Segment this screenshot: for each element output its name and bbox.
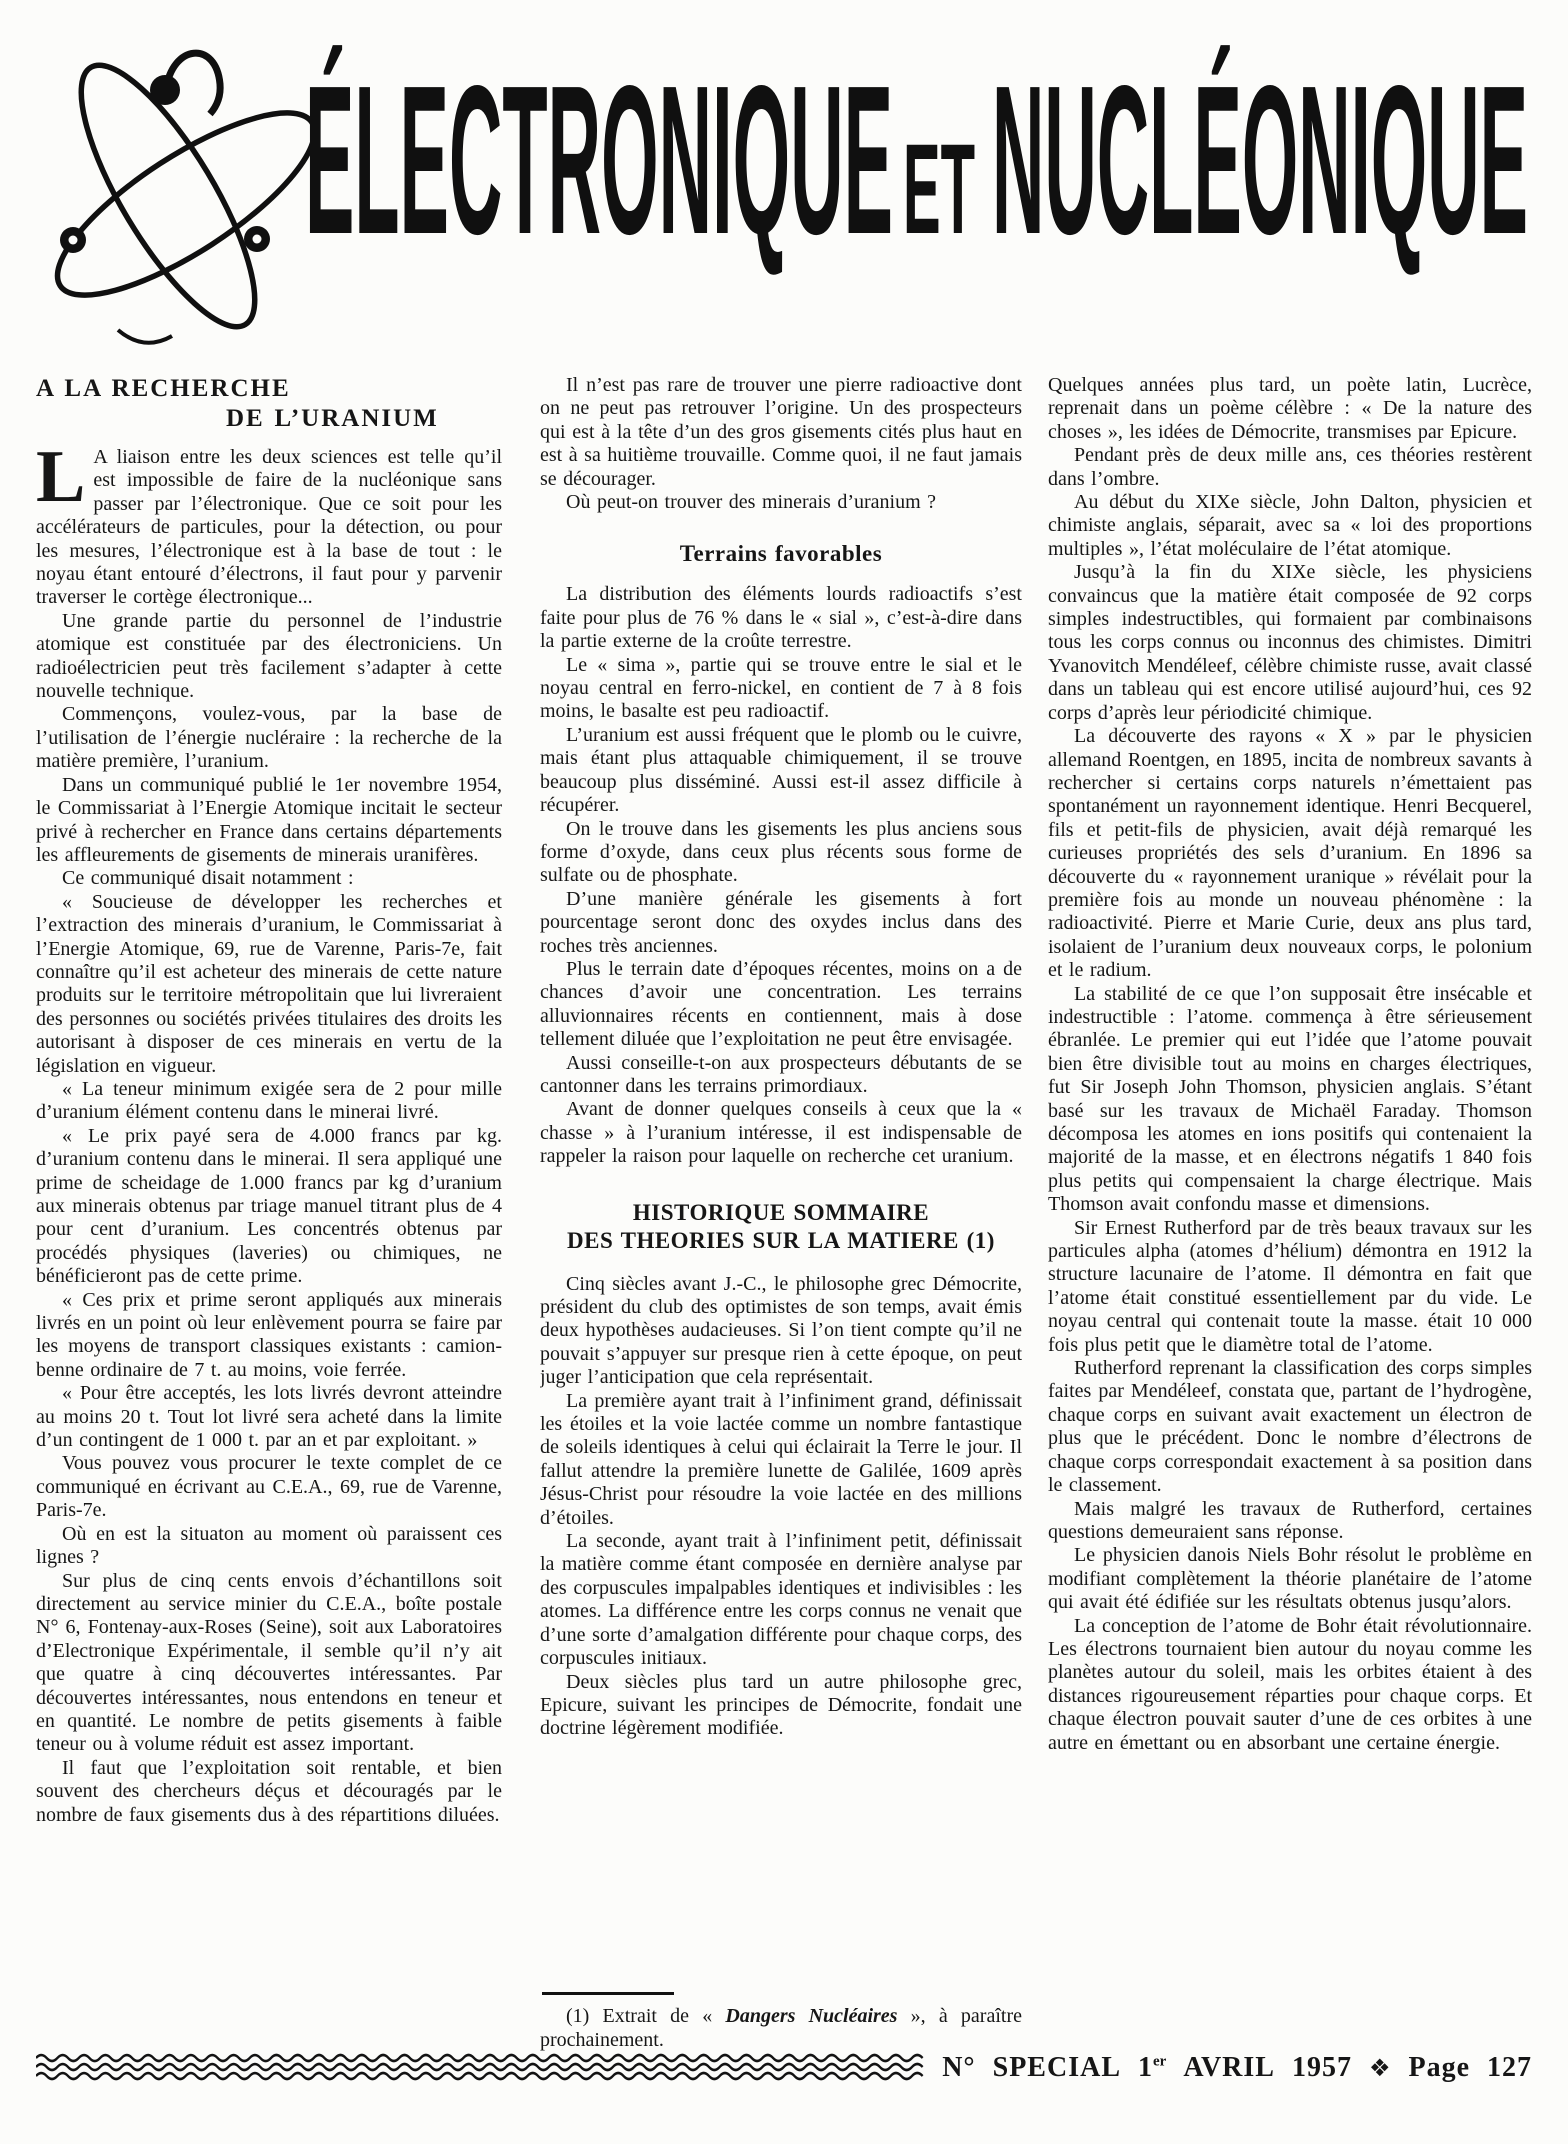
footnote-text: (1) Extrait de « Dangers Nucléaires », à… (540, 2005, 1022, 2052)
issue-special: SPECIAL (993, 2052, 1121, 2084)
paragraph: L’uranium est aussi fréquent que le plom… (540, 724, 1022, 818)
paragraph: Sir Ernest Rutherford par de très beaux … (1048, 1217, 1532, 1357)
drop-cap: L (36, 449, 85, 505)
atom-logo-icon (34, 44, 338, 349)
wavy-divider (36, 2052, 926, 2084)
paragraph: D’une manière générale les gisements à f… (540, 888, 1022, 958)
paragraph: Quelques années plus tard, un poète lati… (1048, 374, 1532, 444)
paragraph: La conception de l’atome de Bohr était r… (1048, 1615, 1532, 1755)
paragraph: LA liaison entre les deux sciences est t… (36, 446, 502, 610)
issue-date-day: 1er (1138, 2052, 1166, 2084)
paragraph: Dans un communiqué publié le 1er novembr… (36, 774, 502, 868)
paragraph: Il n’est pas rare de trouver une pierre … (540, 374, 1022, 491)
paragraph: Sur plus de cinq cents envois d’échantil… (36, 1570, 502, 1757)
column-3: Quelques années plus tard, un poète lati… (1048, 374, 1532, 2056)
diamond-ornament-icon: ❖ (1369, 2054, 1392, 2082)
paragraph: La stabilité de ce que l’on supposait êt… (1048, 983, 1532, 1217)
title-word-electronique: ÉLECTRONIQUE (305, 41, 893, 278)
paragraph: Jusqu’à la fin du XIXe siècle, les physi… (1048, 561, 1532, 725)
section-heading-line2: DES THEORIES SUR LA MATIERE (1) (567, 1228, 995, 1253)
paragraph: « Le prix payé sera de 4.000 francs par … (36, 1125, 502, 1289)
issue-date-month: AVRIL (1183, 2052, 1275, 2084)
paragraph: « Ces prix et prime seront appliqués aux… (36, 1289, 502, 1383)
article-heading-line2: DE L’URANIUM (36, 404, 502, 434)
paragraph: Mais malgré les travaux de Rutherford, c… (1048, 1498, 1532, 1545)
paragraph: On le trouve dans les gisements les plus… (540, 818, 1022, 888)
paragraph: La première ayant trait à l’infiniment g… (540, 1390, 1022, 1530)
issue-number-label: N° (942, 2052, 975, 2084)
paragraph: Rutherford reprenant la classification d… (1048, 1357, 1532, 1497)
paragraph: Plus le terrain date d’époques récentes,… (540, 958, 1022, 1052)
paragraph: Avant de donner quelques conseils à ceux… (540, 1098, 1022, 1168)
masthead-graphic: ÉLECTRONIQUE ET NUCLÉONIQUE (0, 0, 1568, 356)
column-2: Il n’est pas rare de trouver une pierre … (540, 374, 1022, 2056)
paragraph: Une grande partie du personnel de l’indu… (36, 610, 502, 704)
article-heading-line1: A LA RECHERCHE (36, 375, 291, 402)
paragraph: Où en est la situaton au moment où parai… (36, 1523, 502, 1570)
title-word-et: ET (903, 118, 975, 261)
section-heading-historique-sommaire: HISTORIQUE SOMMAIRE DES THEORIES SUR LA … (540, 1199, 1022, 1255)
paragraph: Pendant près de deux mille ans, ces théo… (1048, 444, 1532, 491)
paragraph: La seconde, ayant trait à l’infiniment p… (540, 1530, 1022, 1670)
article-heading: A LA RECHERCHE DE L’URANIUM (36, 374, 502, 434)
issue-info: N° SPECIAL 1er AVRIL 1957 ❖ Page 127 (942, 2052, 1532, 2084)
paragraph: La distribution des éléments lourds radi… (540, 583, 1022, 653)
title-word-nucleonique: NUCLÉONIQUE (992, 41, 1528, 278)
paragraph: Il faut que l’exploitation soit rentable… (36, 1757, 502, 1827)
paragraph: Aussi conseille-t-on aux prospecteurs dé… (540, 1052, 1022, 1099)
paragraph: Où peut-on trouver des minerais d’uraniu… (540, 491, 1022, 514)
paragraph: Deux siècles plus tard un autre philosop… (540, 1671, 1022, 1741)
paragraph: Cinq siècles avant J.-C., le philosophe … (540, 1273, 1022, 1390)
page-title: ÉLECTRONIQUE ET NUCLÉONIQUE (305, 41, 1528, 278)
section-heading-terrains-favorables: Terrains favorables (540, 540, 1022, 567)
paragraph: « Pour être acceptés, les lots livrés de… (36, 1382, 502, 1452)
paragraph: La découverte des rayons « X » par le ph… (1048, 725, 1532, 982)
issue-date-year: 1957 (1292, 2052, 1352, 2084)
page-label: Page (1408, 2052, 1470, 2084)
paragraph: Commençons, voulez-vous, par la base de … (36, 703, 502, 773)
footnote-work-title: Dangers Nucléaires (725, 2005, 897, 2027)
column-1: A LA RECHERCHE DE L’URANIUM LA liaison e… (36, 374, 502, 2056)
paragraph: « La teneur minimum exigée sera de 2 pou… (36, 1078, 502, 1125)
page-number: 127 (1487, 2052, 1532, 2084)
masthead: ÉLECTRONIQUE ET NUCLÉONIQUE (0, 0, 1568, 360)
paragraph: Au début du XIXe siècle, John Dalton, ph… (1048, 491, 1532, 561)
paragraph: Le physicien danois Niels Bohr résolut l… (1048, 1544, 1532, 1614)
paragraph: « Soucieuse de développer les recherches… (36, 891, 502, 1078)
magazine-page: ÉLECTRONIQUE ET NUCLÉONIQUE A LA RECHERC… (0, 0, 1568, 2144)
paragraph: Vous pouvez vous procurer le texte compl… (36, 1452, 502, 1522)
page-footer: N° SPECIAL 1er AVRIL 1957 ❖ Page 127 (36, 2046, 1532, 2090)
section-heading-line1: HISTORIQUE SOMMAIRE (633, 1200, 929, 1225)
paragraph: Le « sima », partie qui se trouve entre … (540, 654, 1022, 724)
paragraph: Ce communiqué disait notamment : (36, 867, 502, 890)
footnote-rule (542, 1992, 674, 1995)
